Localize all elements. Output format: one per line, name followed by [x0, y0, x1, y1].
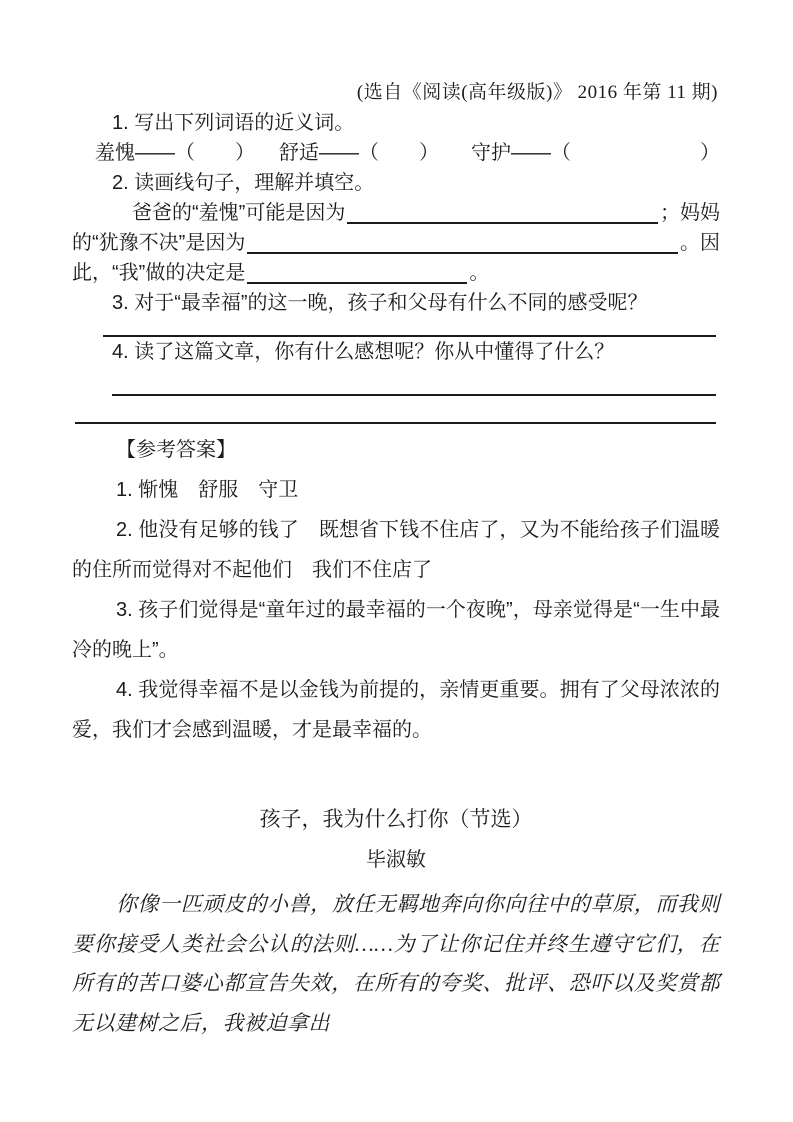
fill-row-1: 爸爸的“羞愧”可能是因为 ；妈妈 — [72, 198, 720, 228]
question-1: 1. 写出下列词语的近义词。 — [72, 108, 720, 138]
exercise-questions: 1. 写出下列词语的近义词。 羞愧——（ ） 舒适——（ ） 守护——（） 2.… — [72, 108, 720, 424]
answer-key-header: 【参考答案】 — [72, 430, 720, 470]
answer-item-1: 1. 惭愧 舒服 守卫 — [72, 470, 720, 510]
fill-blank-line-1 — [347, 198, 658, 224]
fill-blank-line-3 — [247, 258, 467, 284]
fill-row-3-tail: 。 — [469, 258, 489, 288]
fill-row-2-text: 的“犹豫不决”是因为 — [72, 228, 245, 258]
row-end-spacer — [489, 258, 720, 288]
synonym-item-1: 羞愧——（ ） — [95, 138, 255, 168]
fill-row-1-text: 爸爸的“羞愧”可能是因为 — [132, 198, 345, 228]
page-content: (选自《阅读(高年级版)》 2016 年第 11 期) 1. 写出下列词语的近义… — [0, 0, 793, 1122]
fill-row-2: 的“犹豫不决”是因为 。因 — [72, 228, 720, 258]
question-2: 2. 读画线句子，理解并填空。 — [72, 168, 720, 198]
section-separator-line — [75, 422, 716, 424]
document-page: (选自《阅读(高年级版)》 2016 年第 11 期) 1. 写出下列词语的近义… — [0, 0, 793, 1122]
fill-row-2-tail: 。因 — [680, 228, 720, 258]
synonym-item-3-word: 守护——（ — [471, 138, 571, 168]
article-excerpt: 孩子，我为什么打你（节选） 毕淑敏 你像一匹顽皮的小兽，放任无羁地奔向你向往中的… — [72, 800, 720, 1043]
synonym-item-3-close-paren: ） — [700, 138, 720, 168]
answer-item-2: 2. 他没有足够的钱了 既想省下钱不住店了，又为不能给孩子们温暖的住所而觉得对不… — [72, 510, 720, 590]
paren-blank-space — [571, 138, 700, 168]
fill-row-3: 此，“我”做的决定是 。 — [72, 258, 720, 288]
answer-item-4: 4. 我觉得幸福不是以金钱为前提的，亲情更重要。拥有了父母浓浓的爱，我们才会感到… — [72, 670, 720, 750]
answer-item-3: 3. 孩子们觉得是“童年过的最幸福的一个夜晚”，母亲觉得是“一生中最冷的晚上”。 — [72, 590, 720, 670]
fill-blank-line-2 — [247, 228, 678, 254]
answer-key-section: 【参考答案】 1. 惭愧 舒服 守卫 2. 他没有足够的钱了 既想省下钱不住店了… — [72, 430, 720, 750]
answer-writing-line-q4 — [112, 394, 716, 396]
question-4: 4. 读了这篇文章，你有什么感想呢？你从中懂得了什么？ — [72, 337, 720, 367]
question-3: 3. 对于“最幸福”的这一晚，孩子和父母有什么不同的感受呢？ — [72, 288, 720, 318]
article-title: 孩子，我为什么打你（节选） — [72, 800, 720, 840]
synonym-item-3: 守护——（） — [471, 138, 720, 168]
article-paragraph: 你像一匹顽皮的小兽，放任无羁地奔向你向往中的草原，而我则要你接受人类社会公认的法… — [72, 885, 720, 1043]
fill-row-3-text: 此，“我”做的决定是 — [72, 258, 245, 288]
fill-row-1-tail: ；妈妈 — [660, 198, 720, 228]
source-citation: (选自《阅读(高年级版)》 2016 年第 11 期) — [72, 0, 720, 108]
article-author: 毕淑敏 — [72, 840, 720, 880]
synonym-item-2: 舒适——（ ） — [279, 138, 439, 168]
synonym-fill-row: 羞愧——（ ） 舒适——（ ） 守护——（） — [72, 138, 720, 168]
